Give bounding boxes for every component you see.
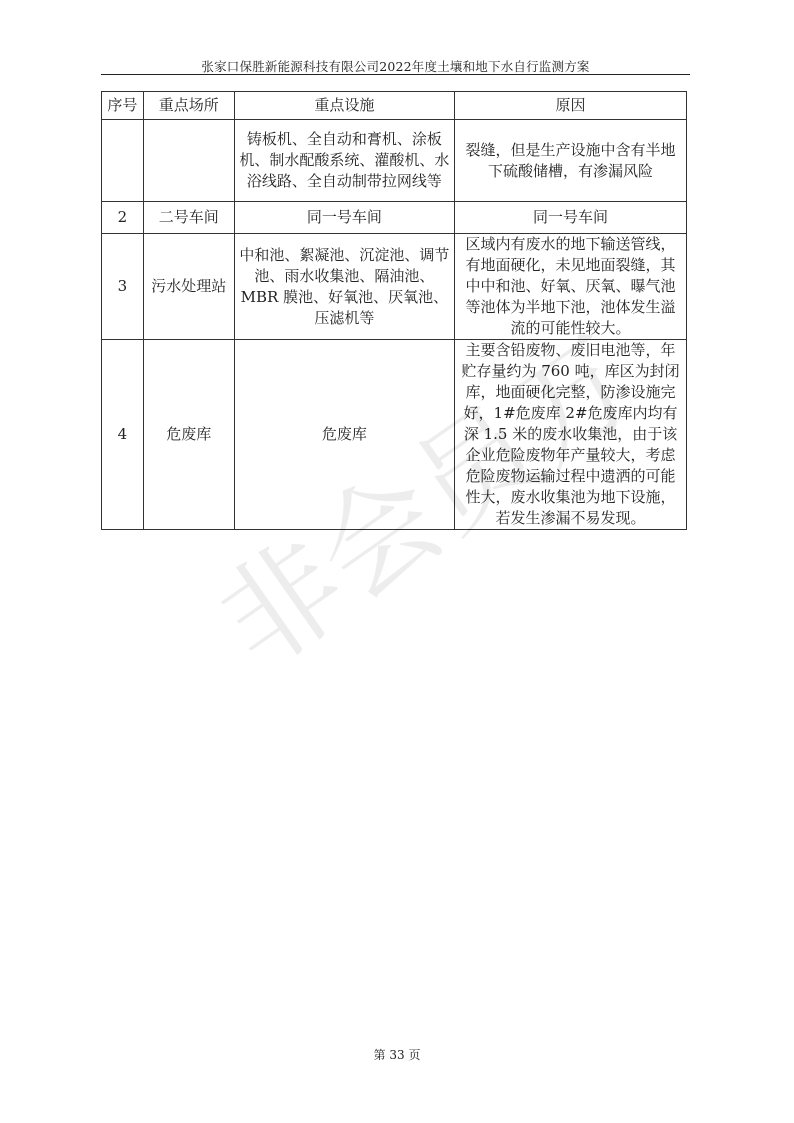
cell-facilities: 危废库 [234, 340, 454, 530]
cell-reason: 裂缝，但是生产设施中含有半地下硫酸储槽，有渗漏风险 [455, 120, 687, 202]
cell-place [143, 120, 234, 202]
key-facilities-table: 序号 重点场所 重点设施 原因 铸板机、全自动和膏机、涂板机、制水配酸系统、灌酸… [101, 91, 687, 530]
cell-facilities: 铸板机、全自动和膏机、涂板机、制水配酸系统、灌酸机、水浴线路、全自动制带拉网线等 [234, 120, 454, 202]
cell-index: 3 [102, 234, 144, 340]
page-number: 第 33 页 [0, 1046, 794, 1063]
cell-place: 污水处理站 [143, 234, 234, 340]
table-row: 3 污水处理站 中和池、絮凝池、沉淀池、调节池、雨水收集池、隔油池、MBR 膜池… [102, 234, 687, 340]
cell-index: 4 [102, 340, 144, 530]
cell-index: 2 [102, 202, 144, 234]
table-header-row: 序号 重点场所 重点设施 原因 [102, 92, 687, 120]
cell-index [102, 120, 144, 202]
document-header-title: 张家口保胜新能源科技有限公司2022年度土壤和地下水自行监测方案 [101, 57, 690, 75]
cell-reason: 区域内有废水的地下输送管线，有地面硬化，未见地面裂缝，其中中和池、好氧、厌氧、曝… [455, 234, 687, 340]
cell-reason: 主要含铅废物、废旧电池等，年贮存量约为 760 吨，库区为封闭库，地面硬化完整，… [455, 340, 687, 530]
table-row: 铸板机、全自动和膏机、涂板机、制水配酸系统、灌酸机、水浴线路、全自动制带拉网线等… [102, 120, 687, 202]
column-header-facilities: 重点设施 [234, 92, 454, 120]
cell-facilities: 中和池、絮凝池、沉淀池、调节池、雨水收集池、隔油池、MBR 膜池、好氧池、厌氧池… [234, 234, 454, 340]
column-header-place: 重点场所 [143, 92, 234, 120]
cell-place: 二号车间 [143, 202, 234, 234]
table-row: 4 危废库 危废库 主要含铅废物、废旧电池等，年贮存量约为 760 吨，库区为封… [102, 340, 687, 530]
column-header-index: 序号 [102, 92, 144, 120]
column-header-reason: 原因 [455, 92, 687, 120]
cell-facilities: 同一号车间 [234, 202, 454, 234]
cell-place: 危废库 [143, 340, 234, 530]
cell-reason: 同一号车间 [455, 202, 687, 234]
table-row: 2 二号车间 同一号车间 同一号车间 [102, 202, 687, 234]
header-divider [101, 74, 690, 75]
